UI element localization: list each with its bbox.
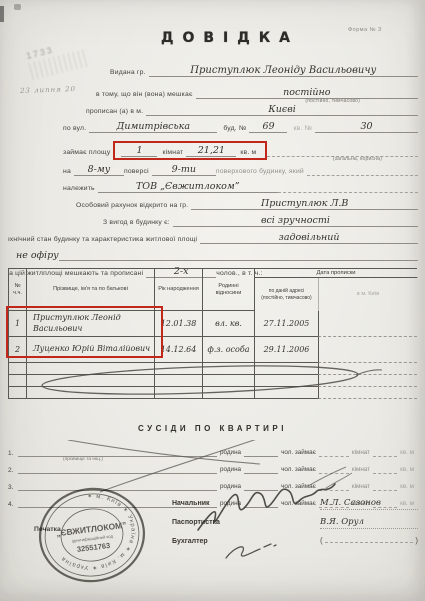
rooms-label: кімнат xyxy=(157,149,186,157)
footer-section: Печатка ✶ м. Київ ✶ Україна ✶ м. Київ ✶ … xyxy=(0,478,425,601)
occupies-label: чол. займає xyxy=(278,449,319,457)
row2-birth: 14.12.64 xyxy=(154,337,202,363)
row1-birth: 12.01.38 xyxy=(154,311,202,337)
street-line: по вул. Димитрівська буд. № 69 кв. № 30 xyxy=(8,120,418,133)
bracket-filler xyxy=(325,542,414,543)
neighbor1-name-blank xyxy=(18,456,217,457)
row2-reg-kyiv xyxy=(318,337,417,363)
signature-name-1: М.Л. Сазонов xyxy=(320,498,418,510)
issued-to-line: Видана гр. Приступлюк Леоніду Васильович… xyxy=(8,64,418,77)
header-num: № ч.ч. xyxy=(8,269,26,311)
rooms-count-value: 1 xyxy=(121,145,157,157)
header-name: Прізвище, ім'я та по батькові xyxy=(26,269,154,311)
signature-names: М.Л. Сазонов В.Я. Орул ( ) xyxy=(320,498,418,545)
registered-city-line: прописан (а) в м. Києві xyxy=(8,103,418,116)
neighbor-row: 1. родина чол. займає кімнат кв. м (пріз… xyxy=(8,445,417,457)
floor-line-filler xyxy=(307,175,418,176)
header-reg-address: по даній адресі (постійно, тимчасово) xyxy=(254,278,318,311)
registered-label: прописан (а) в м. xyxy=(86,108,146,116)
row2-num: 2 xyxy=(8,337,26,363)
floor-prefix-label: на xyxy=(63,168,74,176)
residents-table-header: № ч.ч. Прізвище, ім'я та по батькові Рік… xyxy=(8,269,417,311)
row1-name: Приступлюк Леонід Васильович xyxy=(26,311,154,337)
unit-label: кв. м xyxy=(397,466,417,474)
row2-reg-date: 29.11.2006 xyxy=(254,337,318,363)
header-registration-group: Дата прописки по даній адресі (постійно,… xyxy=(254,269,417,311)
row1-reg-date: 27.11.2005 xyxy=(254,311,318,337)
row2-relation: ф.з. особа xyxy=(202,337,254,363)
apartment-value: 30 xyxy=(315,121,418,133)
area-unit-label: кв. м xyxy=(236,149,259,157)
floor-suffix-label: поверхового будинку, який xyxy=(216,168,307,176)
amenities-line: З вигод в будинку є: всі зручності xyxy=(8,214,418,227)
area-value: 21,21 xyxy=(186,145,236,157)
account-line: Особовий рахунок відкрито на гр. Приступ… xyxy=(8,197,418,210)
condition-label: Технічний стан будинку та характеристика… xyxy=(8,236,200,244)
certificate-form: Видана гр. Приступлюк Леоніду Васильович… xyxy=(8,64,418,282)
floor-mid-label: поверсі xyxy=(124,168,152,176)
issued-value: Приступлюк Леоніду Васильовичу xyxy=(149,65,418,77)
unit-label: кв. м xyxy=(397,449,417,457)
registered-value: Києві xyxy=(146,104,418,116)
floor-line: на 8-му поверсі 9-ти поверхового будинку… xyxy=(8,163,418,176)
belongs-label: належить xyxy=(63,185,98,193)
header-reg-kyiv: в м. Київ xyxy=(318,278,417,311)
condition-extra-line: не офіру xyxy=(8,248,418,261)
area-label: займає площу xyxy=(63,149,113,157)
condition-extra-value: не офіру xyxy=(16,250,59,261)
building-label: буд. № xyxy=(217,125,249,133)
account-value: Приступлюк Л.В xyxy=(191,198,418,210)
crossout-ellipse xyxy=(20,361,390,403)
signature-name-2: В.Я. Орул xyxy=(320,517,418,529)
building-value: 69 xyxy=(249,121,287,133)
bracket-close: ) xyxy=(415,536,418,545)
residents-table: № ч.ч. Прізвище, ім'я та по батькові Рік… xyxy=(8,268,417,399)
neighbor1-rooms-blank xyxy=(373,456,397,457)
account-label: Особовий рахунок відкрито на гр. xyxy=(76,202,191,210)
header-relation: Родинні відносини xyxy=(202,269,254,311)
scanned-certificate-page: Форма № 3 ДОВІДКА 1733 23 липня 20 Видан… xyxy=(0,0,425,601)
rooms-label: кімнат xyxy=(349,466,373,474)
signature-bracket-line: ( ) xyxy=(320,536,418,545)
neighbor1-occupies-blank xyxy=(319,456,349,457)
area-highlight-box: 1 кімнат 21,21 кв. м xyxy=(113,141,267,160)
area-hint: (загальна, корисна) xyxy=(333,156,382,162)
form-number: Форма № 3 xyxy=(348,27,382,33)
amenities-value: всі зручності xyxy=(173,215,418,227)
row1-num: 1 xyxy=(8,311,26,337)
residence-type-line: в тому, що він (вона) мешкає постійно (п… xyxy=(8,86,418,99)
condition-extra-filler xyxy=(59,260,418,261)
street-label: по вул. xyxy=(63,125,89,133)
neighbor1-family-blank xyxy=(244,456,278,457)
table-row: 2 Луценко Юрій Віталійович 14.12.64 ф.з.… xyxy=(8,337,417,363)
stamp-code: 32551763 xyxy=(76,541,110,554)
family-label: родина xyxy=(217,449,244,457)
row1-relation: вл. кв. xyxy=(202,311,254,337)
neighbor2-num: 2. xyxy=(8,467,18,474)
table-row: 1 Приступлюк Леонід Васильович 12.01.38 … xyxy=(8,311,417,337)
header-registration-date: Дата прописки xyxy=(254,269,417,278)
amenities-label: З вигод в будинку є: xyxy=(103,219,173,227)
rooms-label: кімнат xyxy=(349,449,373,457)
row2-name: Луценко Юрій Віталійович xyxy=(26,337,154,363)
floors-total-value: 9-ти xyxy=(152,164,216,176)
row1-reg-kyiv xyxy=(318,311,417,337)
neighbor1-num: 1. xyxy=(8,450,18,457)
apartment-label: кв. № xyxy=(287,125,315,133)
area-line: займає площу 1 кімнат 21,21 кв. м (загал… xyxy=(8,137,418,157)
issued-label: Видана гр. xyxy=(110,69,149,77)
scan-edge-mark xyxy=(0,6,4,22)
resides-label: в тому, що він (вона) мешкає xyxy=(96,91,196,99)
floor-value: 8-му xyxy=(74,164,124,176)
belongs-line: належить ТОВ „Євжитлоком” xyxy=(8,180,418,193)
belongs-line-filler xyxy=(278,192,418,193)
bracket-open: ( xyxy=(320,536,323,545)
neighbors-title: СУСІДИ ПО КВАРТИРІ xyxy=(8,424,417,433)
document-title: ДОВІДКА xyxy=(120,30,340,46)
condition-value: задовільний xyxy=(200,232,418,244)
street-value: Димитрівська xyxy=(89,121,217,133)
round-stamp: ✶ м. Київ ✶ Україна ✶ м. Київ ✶ Україна … xyxy=(28,477,156,592)
belongs-value: ТОВ „Євжитлоком” xyxy=(98,181,278,193)
scan-speck xyxy=(14,4,21,10)
header-birth-year: Рік народження xyxy=(154,269,202,311)
condition-line: Технічний стан будинку та характеристика… xyxy=(8,231,418,244)
